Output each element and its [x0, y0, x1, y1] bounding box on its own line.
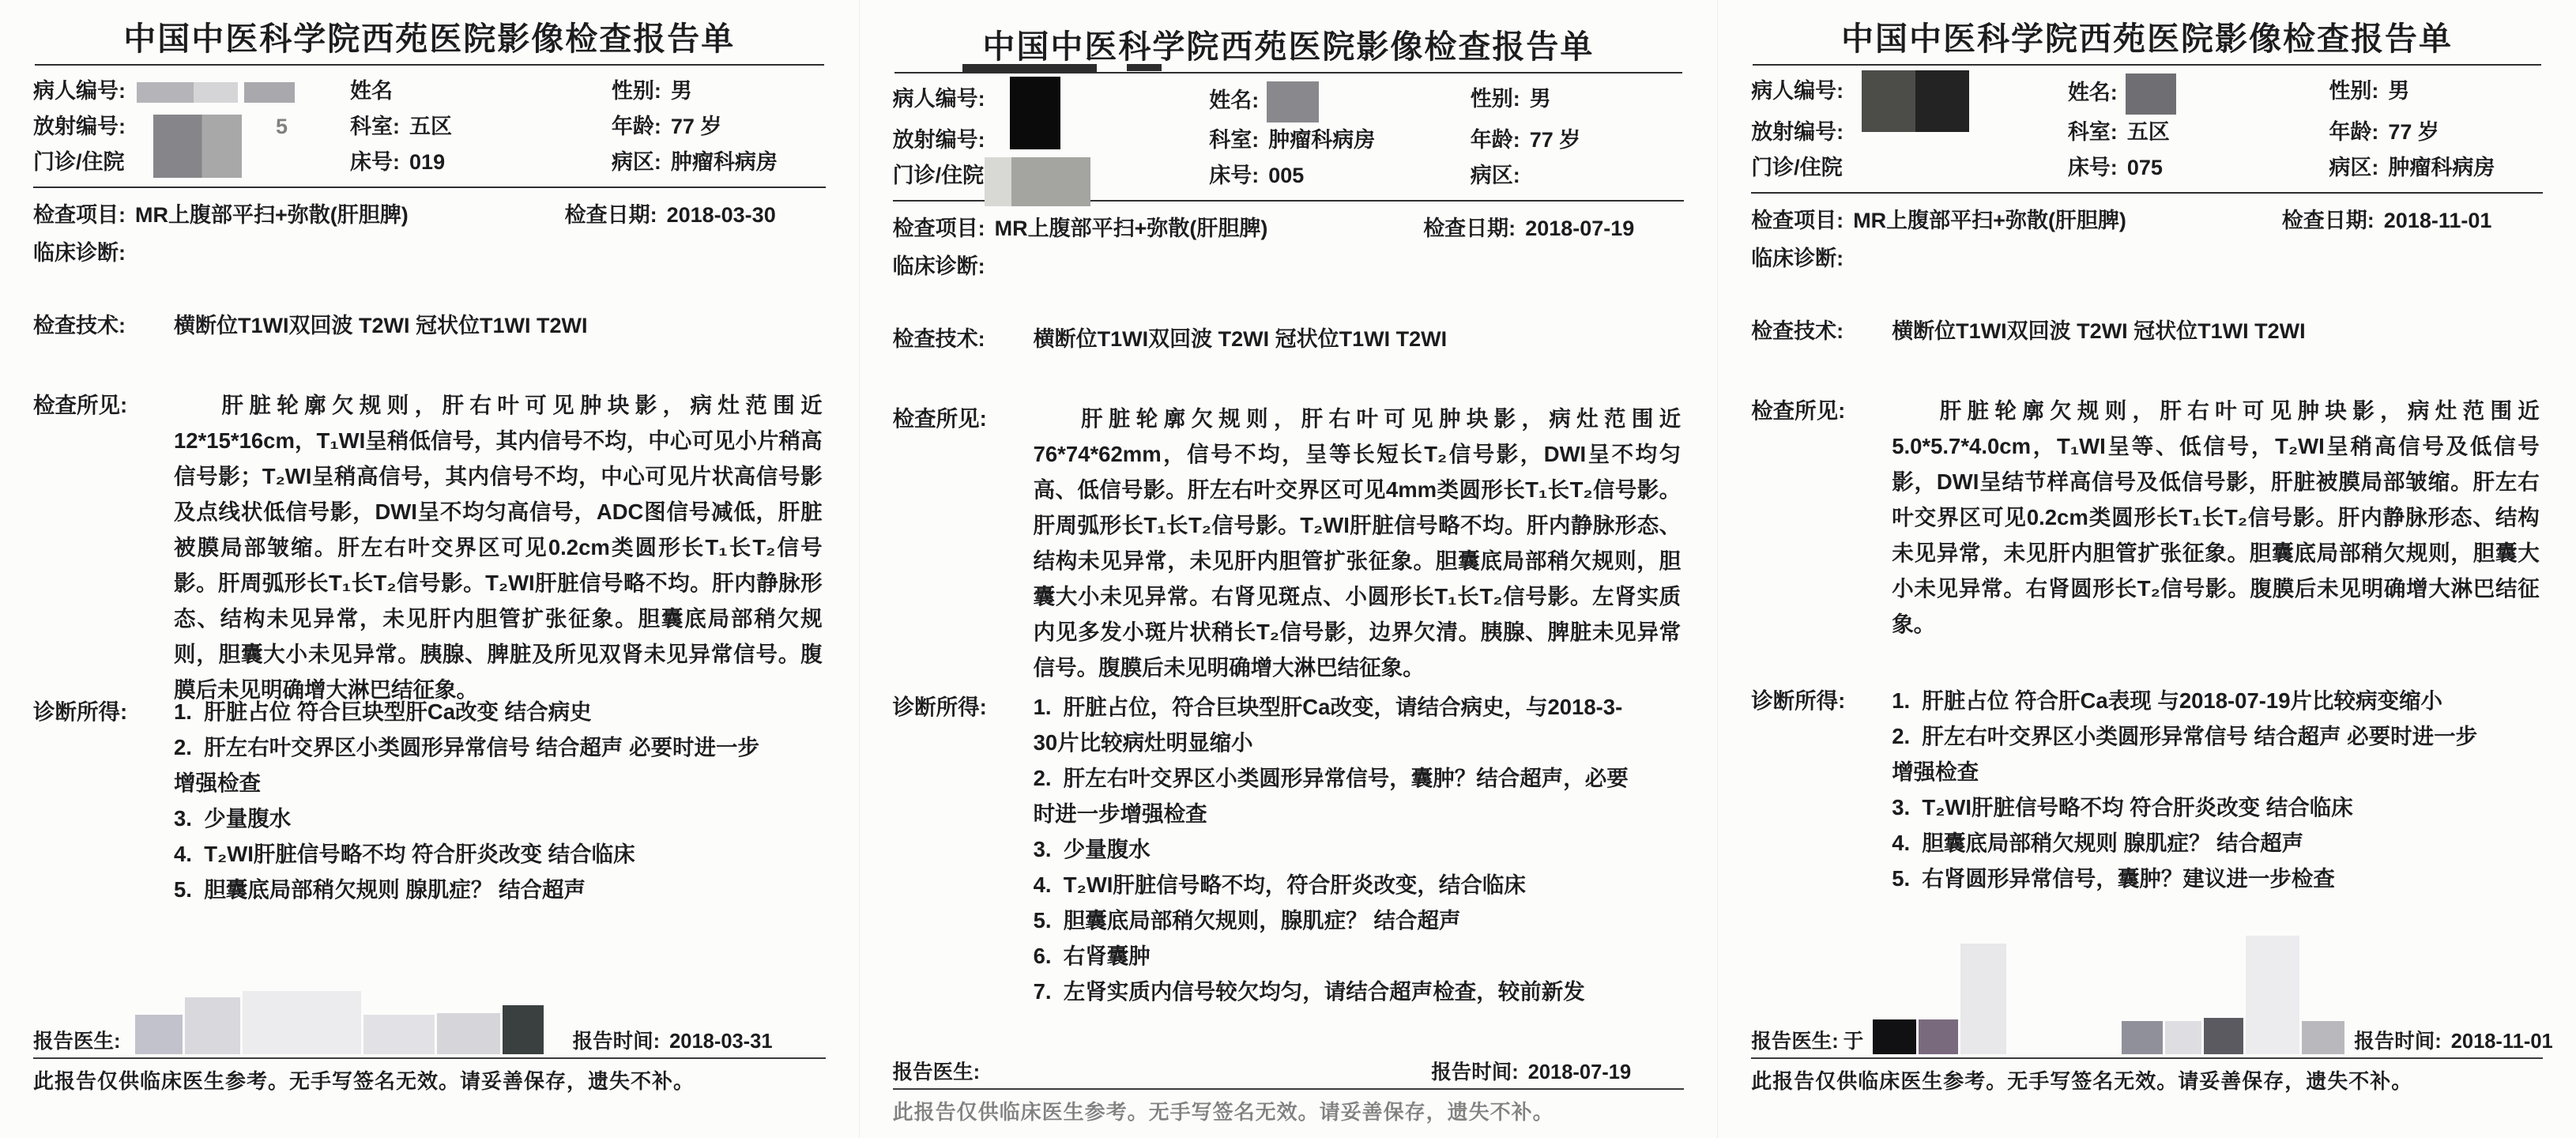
- patient-id-label: 病人编号:: [1751, 79, 1843, 103]
- ward-value: 肿瘤科病房: [2388, 156, 2495, 179]
- findings-text: 肝脏轮廓欠规则，肝右叶可见肿块影，病灶范围近76*74*62mm，信号不均，呈等…: [1034, 401, 1685, 685]
- report-time-value: 2018-11-01: [2451, 1031, 2553, 1053]
- exam-date-value: 2018-07-19: [1525, 217, 1634, 240]
- name-redaction: [1267, 81, 1319, 122]
- department-label: 科室:: [350, 115, 400, 138]
- ward-label: 病区:: [2329, 156, 2378, 179]
- findings-label: 检查所见:: [893, 401, 1034, 685]
- report-title: 中国中医科学院西苑医院影像检查报告单: [893, 21, 1685, 67]
- ward-value: 肿瘤科病房: [671, 150, 778, 174]
- diagnosis-item: 3. 少量腹水: [174, 801, 770, 836]
- diagnosis-label: 诊断所得:: [1751, 683, 1892, 896]
- redaction-block: [2246, 936, 2299, 1054]
- redaction-block: [135, 1015, 183, 1054]
- patient-id-redaction: [194, 82, 238, 103]
- redaction-block: [185, 997, 240, 1054]
- exam-date-label: 检查日期:: [565, 203, 657, 227]
- outpatient-label: 门诊/住院: [33, 150, 125, 174]
- redaction-block: [437, 1013, 500, 1054]
- disclaimer-text: 此报告仅供临床医生参考。无手写签名无效。请妥善保存，遗失不补。: [33, 1065, 826, 1095]
- clinical-dx-label: 临床诊断:: [33, 237, 826, 269]
- redaction-block: [2204, 1018, 2243, 1054]
- redaction-block: [1960, 944, 2006, 1054]
- disclaimer-text: 此报告仅供临床医生参考。无手写签名无效。请妥善保存，遗失不补。: [1751, 1065, 2543, 1095]
- technique-label: 检查技术:: [1751, 315, 1892, 347]
- age-value: 77 岁: [2388, 120, 2439, 144]
- exam-item-label: 检查项目:: [893, 217, 985, 240]
- doctor-label: 报告医生:: [893, 1061, 981, 1083]
- clinical-dx-label: 临床诊断:: [893, 251, 1685, 282]
- radiology-no-label: 放射编号:: [893, 128, 985, 152]
- exam-item-value: MR上腹部平扫+弥散(肝胆脾): [135, 203, 409, 227]
- diagnosis-item: 4. T₂WI肝脏信号略不均，符合肝炎改变，结合临床: [1034, 867, 1629, 902]
- patient-id-redaction: [137, 82, 194, 103]
- patient-id-label: 病人编号:: [33, 79, 126, 103]
- findings-text: 肝脏轮廓欠规则，肝右叶可见肿块影，病灶范围近12*15*16cm，T₁WI呈稍低…: [174, 387, 826, 707]
- diagnosis-item: 2. 肝左右叶交界区小类圆形异常信号 结合超声 必要时进一步增强检查: [174, 729, 770, 801]
- diagnosis-item: 3. 少量腹水: [1034, 831, 1629, 867]
- diagnosis-item: 1. 肝脏占位，符合巨块型肝Ca改变，请结合病史，与2018-3-30片比较病灶…: [1034, 689, 1629, 760]
- department-label: 科室:: [1209, 128, 1259, 152]
- outpatient-label: 门诊/住院: [1751, 156, 1843, 179]
- redaction-gap: [2009, 1053, 2119, 1054]
- diagnosis-item: 3. T₂WI肝脏信号略不均 符合肝炎改变 结合临床: [1892, 789, 2487, 825]
- diagnosis-item: 5. 胆囊底局部稍欠规则 腺肌症？ 结合超声: [174, 872, 770, 907]
- patient-id-redaction: [244, 82, 295, 103]
- report-1: 中国中医科学院西苑医院影像检查报告单 病人编号: 姓名 性别:男 放射编号:5 …: [0, 0, 859, 1138]
- diagnosis-item: 5. 胆囊底局部稍欠规则，腺肌症？ 结合超声: [1034, 902, 1629, 938]
- title-rule: [35, 64, 824, 66]
- patient-id-redaction: [1010, 77, 1060, 149]
- exam-item-label: 检查项目:: [1751, 209, 1843, 232]
- age-label: 年龄:: [612, 115, 661, 138]
- sex-value: 男: [2388, 79, 2409, 103]
- clinical-dx-label: 临床诊断:: [1751, 243, 2543, 274]
- diagnosis-item: 4. 胆囊底局部稍欠规则 腺肌症？ 结合超声: [1892, 825, 2487, 861]
- signature-redaction: [135, 991, 563, 1054]
- technique-label: 检查技术:: [893, 323, 1034, 355]
- diagnosis-item: 4. T₂WI肝脏信号略不均 符合肝炎改变 结合临床: [174, 836, 770, 872]
- diagnosis-label: 诊断所得:: [893, 689, 1034, 1009]
- title-rule: [1753, 64, 2541, 66]
- department-value: 五区: [2127, 120, 2170, 144]
- report-title: 中国中医科学院西苑医院影像检查报告单: [1751, 13, 2543, 59]
- radiology-no-label: 放射编号:: [1751, 120, 1843, 144]
- bed-no-label: 床号:: [2068, 156, 2118, 179]
- diagnosis-item: 1. 肝脏占位 符合肝Ca表现 与2018-07-19片比较病变缩小: [1892, 683, 2487, 718]
- department-value: 肿瘤科病房: [1268, 128, 1375, 152]
- scan-artifact: [962, 64, 1097, 72]
- outpatient-label: 门诊/住院: [893, 164, 985, 187]
- ward-label: 病区:: [612, 150, 661, 174]
- radiology-no-mark: 5: [276, 115, 288, 138]
- report-title: 中国中医科学院西苑医院影像检查报告单: [33, 13, 826, 59]
- radiology-no-label: 放射编号:: [33, 115, 126, 138]
- bed-no-value: 075: [2127, 156, 2163, 179]
- doctor-label: 报告医生:: [1751, 1031, 1839, 1053]
- exam-item-value: MR上腹部平扫+弥散(肝胆脾): [995, 217, 1268, 240]
- diagnosis-item: 2. 肝左右叶交界区小类圆形异常信号，囊肿？结合超声，必要时进一步增强检查: [1034, 760, 1629, 831]
- section-rule: [1751, 192, 2543, 194]
- patient-id-label: 病人编号:: [893, 87, 985, 111]
- technique-label: 检查技术:: [33, 310, 174, 341]
- doctor-name: 于: [1843, 1031, 1864, 1053]
- diagnosis-list: 1. 肝脏占位 符合巨块型肝Ca改变 结合病史2. 肝左右叶交界区小类圆形异常信…: [174, 694, 826, 907]
- redaction-block: [503, 1005, 544, 1054]
- report-time-label: 报告时间:: [573, 1031, 661, 1053]
- exam-date-value: 2018-03-30: [667, 203, 776, 227]
- redaction-block: [1873, 1019, 1916, 1054]
- outpatient-redaction-block: [153, 115, 242, 178]
- sex-value: 男: [1530, 87, 1551, 111]
- report-3: 中国中医科学院西苑医院影像检查报告单 病人编号: 姓名: 性别:男 放射编号: …: [1717, 0, 2576, 1138]
- redaction-block: [363, 1015, 435, 1054]
- name-label: 姓名:: [1209, 89, 1259, 112]
- diagnosis-item: 5. 右肾圆形异常信号，囊肿？建议进一步检查: [1892, 861, 2487, 896]
- section-rule: [33, 187, 826, 188]
- findings-label: 检查所见:: [33, 387, 174, 707]
- name-label: 姓名: [350, 79, 393, 103]
- bed-no-label: 床号:: [350, 150, 400, 174]
- scan-artifact: [1127, 64, 1162, 71]
- title-rule: [894, 72, 1683, 73]
- diagnosis-list: 1. 肝脏占位，符合巨块型肝Ca改变，请结合病史，与2018-3-30片比较病灶…: [1034, 689, 1685, 1009]
- report-2: 中国中医科学院西苑医院影像检查报告单 病人编号: 姓名: 性别:男 放射编号: …: [859, 0, 1718, 1138]
- patient-info-grid: 病人编号: 姓名: 性别:男 放射编号: 科室:五区 年龄:77 岁 门诊/住院…: [1751, 73, 2543, 186]
- redaction-block: [2302, 1021, 2344, 1054]
- diagnosis-item: 6. 右肾囊肿: [1034, 938, 1629, 974]
- findings-text: 肝脏轮廓欠规则，肝右叶可见肿块影，病灶范围近5.0*5.7*4.0cm，T₁WI…: [1892, 393, 2543, 642]
- doctor-label: 报告医生:: [33, 1031, 121, 1053]
- report-time-value: 2018-03-31: [669, 1031, 772, 1053]
- patient-info-grid: 病人编号: 姓名: 性别:男 放射编号: 科室:肿瘤科病房 年龄:77 岁 门诊…: [893, 81, 1685, 194]
- diagnosis-item: 1. 肝脏占位 符合巨块型肝Ca改变 结合病史: [174, 694, 770, 729]
- sex-label: 性别:: [2329, 79, 2378, 103]
- technique-value: 横断位T1WI双回波 T2WI 冠状位T1WI T2WI: [1892, 315, 2305, 347]
- diagnosis-label: 诊断所得:: [33, 694, 174, 907]
- diagnosis-list: 1. 肝脏占位 符合肝Ca表现 与2018-07-19片比较病变缩小2. 肝左右…: [1892, 683, 2543, 896]
- bed-no-label: 床号:: [1209, 164, 1259, 187]
- exam-item-value: MR上腹部平扫+弥散(肝胆脾): [1853, 209, 2126, 232]
- diagnosis-item: 2. 肝左右叶交界区小类圆形异常信号 结合超声 必要时进一步增强检查: [1892, 718, 2487, 789]
- report-time-label: 报告时间:: [2354, 1031, 2442, 1053]
- department-label: 科室:: [2068, 120, 2118, 144]
- scanned-reports-page: { "labels": { "patient_id": "病人编号:", "se…: [0, 0, 2576, 1138]
- exam-item-label: 检查项目:: [33, 203, 126, 227]
- exam-date-label: 检查日期:: [1423, 217, 1516, 240]
- diagnosis-item: 7. 左肾实质内信号较欠均匀，请结合超声检查，较前新发: [1034, 974, 1629, 1009]
- findings-label: 检查所见:: [1751, 393, 1892, 642]
- age-value: 77 岁: [1530, 128, 1581, 152]
- redaction-block: [2122, 1021, 2163, 1054]
- exam-date-label: 检查日期:: [2282, 209, 2375, 232]
- redaction-block: [2165, 1021, 2201, 1054]
- sex-label: 性别:: [612, 79, 661, 103]
- sex-value: 男: [671, 79, 692, 103]
- sex-label: 性别:: [1471, 87, 1520, 111]
- report-time-label: 报告时间:: [1431, 1061, 1519, 1083]
- age-value: 77 岁: [671, 115, 722, 138]
- patient-info-grid: 病人编号: 姓名 性别:男 放射编号:5 科室:五区 年龄:77 岁 门诊/住院…: [33, 73, 826, 180]
- department-value: 五区: [409, 115, 452, 138]
- bed-no-value: 019: [409, 150, 445, 174]
- technique-value: 横断位T1WI双回波 T2WI 冠状位T1WI T2WI: [174, 310, 587, 341]
- name-redaction: [2126, 73, 2176, 115]
- age-label: 年龄:: [1471, 128, 1520, 152]
- outpatient-redaction-block: [1011, 157, 1090, 206]
- exam-date-value: 2018-11-01: [2384, 209, 2492, 232]
- technique-value: 横断位T1WI双回波 T2WI 冠状位T1WI T2WI: [1034, 323, 1447, 355]
- report-time-value: 2018-07-19: [1528, 1061, 1631, 1083]
- disclaimer-text: 此报告仅供临床医生参考。无手写签名无效。请妥善保存，遗失不补。: [893, 1096, 1685, 1125]
- redaction-block: [243, 991, 361, 1054]
- ward-label: 病区:: [1471, 164, 1520, 187]
- signature-redaction: [1873, 936, 2344, 1054]
- age-label: 年龄:: [2329, 120, 2378, 144]
- patient-id-redaction: [1862, 70, 1969, 132]
- name-label: 姓名:: [2068, 81, 2118, 104]
- redaction-block: [1919, 1019, 1958, 1054]
- bed-no-value: 005: [1268, 164, 1304, 187]
